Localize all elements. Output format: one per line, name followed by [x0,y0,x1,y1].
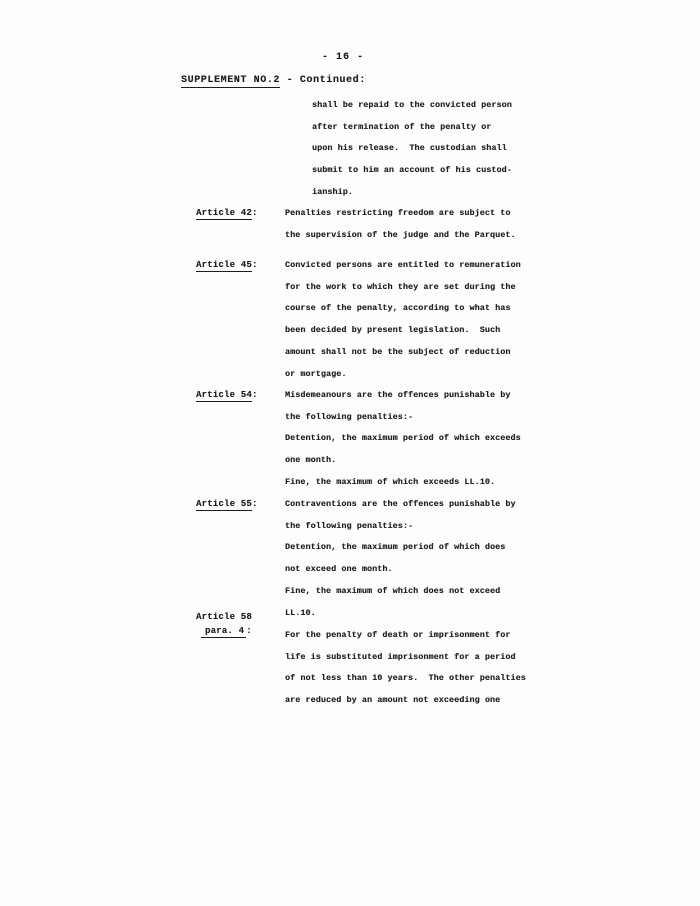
body-line: been decided by present legislation. Suc… [285,320,521,342]
body-line: after termination of the penalty or [312,117,512,139]
body-line: for the work to which they are set durin… [285,277,521,299]
header-title: SUPPLEMENT NO.2 [181,75,280,88]
body-line: LL.10. [285,603,516,625]
body-line: submit to him an account of his custod- [312,160,512,182]
article-42-label: Article 42: [196,208,258,218]
body-line: ianship. [312,182,512,204]
body-line: or mortgage. [285,364,521,386]
body-line: the supervision of the judge and the Par… [285,225,516,247]
body-line: shall be repaid to the convicted person [312,95,512,117]
body-line: For the penalty of death or imprisonment… [285,625,526,647]
document-header: SUPPLEMENT NO.2 - Continued: [181,75,366,86]
body-line: Contraventions are the offences punishab… [285,494,516,516]
body-line: one month. [285,450,521,472]
body-line: the following penalties:- [285,516,516,538]
body-line: not exceed one month. [285,559,516,581]
body-line: Penalties restricting freedom are subjec… [285,203,516,225]
body-line: Convicted persons are entitled to remune… [285,255,521,277]
body-line: are reduced by an amount not exceeding o… [285,690,526,712]
article-55-label: Article 55: [196,499,258,509]
page-number: - 16 - [0,52,686,63]
article-58-label-line2: para. 4: [201,626,252,636]
body-line: Fine, the maximum of which exceeds LL.10… [285,472,521,494]
article-45-label: Article 45: [196,260,258,270]
body-line: course of the penalty, according to what… [285,298,521,320]
header-suffix: - Continued: [280,75,366,86]
body-line: Detention, the maximum period of which d… [285,537,516,559]
body-line: the following penalties:- [285,407,521,429]
article-58-label-line1: Article 58 [196,612,252,622]
body-line: of not less than 10 years. The other pen… [285,668,526,690]
body-line: Detention, the maximum period of which e… [285,428,521,450]
body-line: upon his release. The custodian shall [312,138,512,160]
body-line: amount shall not be the subject of reduc… [285,342,521,364]
body-line: life is substituted imprisonment for a p… [285,647,526,669]
body-line: Misdemeanours are the offences punishabl… [285,385,521,407]
article-54-label: Article 54: [196,390,258,400]
document-page: - 16 - SUPPLEMENT NO.2 - Continued: shal… [0,0,700,906]
body-line: Fine, the maximum of which does not exce… [285,581,516,603]
